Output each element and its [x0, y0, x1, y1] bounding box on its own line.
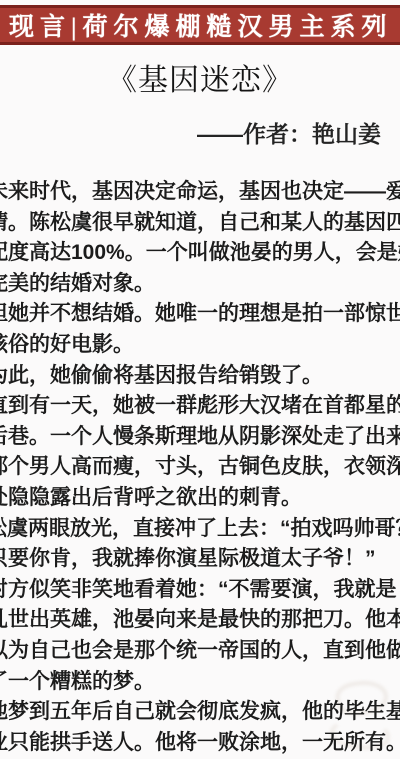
synopsis-line: 但她并不想结婚。她唯一的理想是拍一部惊世 — [0, 299, 400, 330]
book-promo-card: 现言|荷尔爆棚糙汉男主系列 《基因迷恋》 ——作者：艳山姜 未来时代，基因决定命… — [0, 0, 400, 759]
synopsis-line: 直到有一天，她被一群彪形大汉堵在首都星的 — [0, 391, 400, 422]
synopsis-line: 只要你肯，我就捧你演星际极道太子爷！” — [0, 544, 400, 575]
synopsis-line: 对方似笑非笑地看着她：“不需要演，我就是 — [0, 575, 400, 606]
series-banner-text: 现言|荷尔爆棚糙汉男主系列 — [0, 7, 400, 43]
synopsis-line: 处隐隐露出后背呼之欲出的刺青。 — [0, 483, 400, 514]
synopsis-line: 情。陈松虞很早就知道，自己和某人的基因匹 — [0, 208, 400, 239]
synopsis-line: 完美的结婚对象。 — [0, 269, 400, 300]
synopsis-line: 业只能拱手送人。他将一败涂地，一无所有。 — [0, 728, 400, 759]
synopsis-line: 乱世出英雄，池晏向来是最快的那把刀。他本 — [0, 605, 400, 636]
series-banner: 现言|荷尔爆棚糙汉男主系列 — [0, 5, 400, 45]
synopsis-line: 后巷。一个人慢条斯理地从阴影深处走了出来 — [0, 422, 400, 453]
synopsis-line: 陈松虞两眼放光，直接冲了上去：“拍戏吗帅哥？ — [0, 514, 400, 545]
synopsis-line: 他梦到五年后自己就会彻底发疯，他的毕生基 — [0, 697, 400, 728]
synopsis: 未来时代，基因决定命运，基因也决定——爱 情。陈松虞很早就知道，自己和某人的基因… — [0, 177, 400, 758]
synopsis-line: 了一个糟糕的梦。 — [0, 667, 400, 698]
book-title: 《基因迷恋》 — [0, 60, 400, 102]
synopsis-line: 以为自己也会是那个统一帝国的人，直到他做 — [0, 636, 400, 667]
synopsis-line: 骇俗的好电影。 — [0, 330, 400, 361]
synopsis-line: 那个男人高而瘦，寸头，古铜色皮肤，衣领深 — [0, 452, 400, 483]
synopsis-line: 未来时代，基因决定命运，基因也决定——爱 — [0, 177, 400, 208]
author-line: ——作者：艳山姜 — [197, 119, 381, 149]
synopsis-line: 配度高达100%。一个叫做池晏的男人，会是她 — [0, 238, 400, 269]
synopsis-line: 为此，她偷偷将基因报告给销毁了。 — [0, 361, 400, 392]
